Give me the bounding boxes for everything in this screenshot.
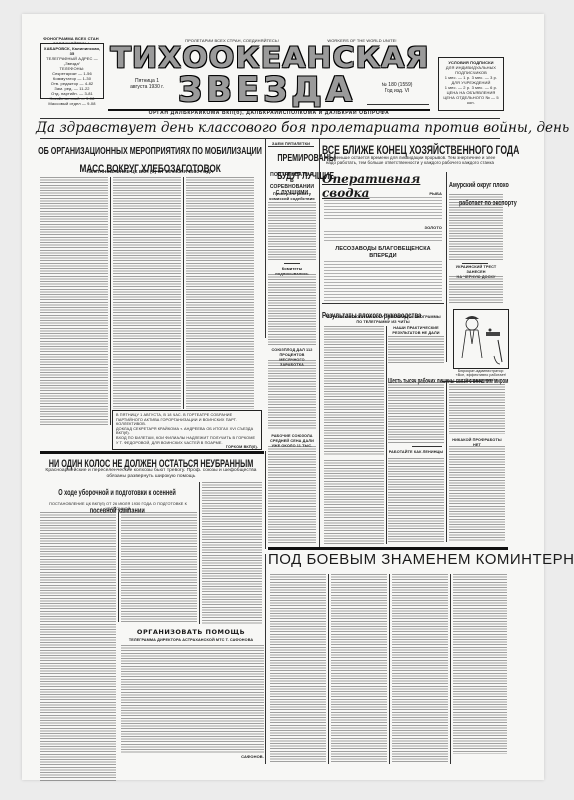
info-line: ТЕЛЕГРАФНЫЙ АДРЕС — „Звезда“ bbox=[41, 56, 103, 66]
economic-year-subhead: Все меньше остается времени для ликвидац… bbox=[322, 155, 498, 165]
cartoon-illustration bbox=[453, 309, 509, 369]
issue-date: Пятница 1 августа 1930 г. bbox=[122, 78, 172, 90]
subscription-info-box: УСЛОВИЯ ПОДПИСКИДЛЯ ИНДИВИДУАЛЬНЫХ ПОДПИ… bbox=[438, 57, 504, 111]
subscription-line: ДЛЯ ИНДИВИДУАЛЬНЫХ ПОДПИСЧИКОВ bbox=[439, 65, 503, 75]
party-notice-line-2: ДОКЛАД СЕКРЕТАРЯ КРАЙКОМА т. АНДРЕЕВА ОБ… bbox=[116, 427, 258, 436]
help-subhead: ТЕЛЕГРАММА ДИРЕКТОРА АСТРАХАНСКОЙ МТС Т.… bbox=[118, 638, 264, 643]
lumber-headline: ЛЕСОЗАВОДЫ БЛАГОВЕЩЕНСКА ВПЕРЕДИ bbox=[322, 246, 444, 260]
subscription-line: ЦЕНА ОТДЕЛЬНОГО № — 5 коп. bbox=[439, 95, 503, 105]
party-notice-line-1: В ПЯТНИЦУ 1 АВГУСТА, В 18 ЧАС. В ГОРТЕАТ… bbox=[116, 413, 258, 427]
cartoon-bureaucrat-icon bbox=[454, 310, 508, 368]
comintern-headline: ПОД БОЕВЫМ ЗНАМЕНЕМ КОМИНТЕРНА! bbox=[268, 551, 508, 569]
mobilization-column-2 bbox=[113, 177, 181, 409]
date-line-2: августа 1930 г. bbox=[122, 84, 172, 90]
party-notice-line-3: ВХОД ПО БИЛЕТАМ, КОИ ФИЛИАЛЫ НАДЛЕЖИТ ПО… bbox=[116, 436, 258, 445]
work-like-lenin-subhead: РАБОТАЙТЕ КАК ЛЕНИНЦЫ bbox=[388, 450, 444, 455]
practical-results-subhead: НАШИ ПРАКТИЧЕСКИЕ РЕЗУЛЬТАТОВ НЕ ДАЛИ bbox=[388, 326, 444, 336]
masthead-title-line-2: ЗВЕЗДА bbox=[177, 72, 357, 108]
info-line: ХАБАРОВСК, Калининская, 35 bbox=[41, 46, 103, 56]
newspaper-page: ФОНОГРАММА ВСЕХ СТАН СОЕДИНЯЙТЕСЬ! ХАБАР… bbox=[22, 14, 544, 780]
help-headline: ОРГАНИЗОВАТЬ ПОМОЩЬ bbox=[118, 628, 264, 636]
results-subhead: ЧЕРНОВСКИЕ КОПИ НЕ МОГУТ ВЫПОЛНИТЬ ПРОГР… bbox=[322, 315, 444, 325]
premiums-section-1: Проверить работу комиссий содействия bbox=[268, 191, 316, 201]
party-notice-signature: ГОРКОМ ВКП(б). bbox=[116, 445, 258, 450]
left-info-box: ХАБАРОВСК, Калининская, 35ТЕЛЕГРАФНЫЙ АД… bbox=[40, 43, 104, 99]
svodka-sub-fish: РЫБА bbox=[412, 191, 442, 196]
svodka-sub-gold: ЗОЛОТО bbox=[412, 225, 442, 230]
info-line: Массовый отдел — 9-08 bbox=[41, 101, 103, 106]
harvest-subhead: Красноармейские и переселенческие колхоз… bbox=[40, 468, 262, 480]
issue-number-block: № 180 (1559) Год изд. VI bbox=[367, 82, 427, 94]
mobilization-column-3 bbox=[186, 177, 254, 409]
harvest-section-subhead: ПОСТАНОВЛЕНИЕ ЦК ВКП(б) ОТ 26 ИЮЛЯ 1930 … bbox=[40, 502, 196, 512]
party-notice-box: В ПЯТНИЦУ 1 АВГУСТА, В 18 ЧАС. В ГОРТЕАТ… bbox=[112, 410, 262, 450]
help-signature: САФОНОВ. bbox=[222, 754, 264, 759]
mobilization-column-1 bbox=[40, 177, 108, 425]
banner-slogan: Да здравствует день классового боя проле… bbox=[36, 120, 506, 136]
organ-line: ОРГАН ДАЛЬКРАЙКОМА ВКП(б), ДАЛЬКРАЙИСПОЛ… bbox=[108, 111, 430, 116]
mobilization-subhead: ПОСТАНОВЛЕНИЕ ЦК ВКП (б) ОТ 26 ИЮЛЯ 1930… bbox=[36, 169, 264, 174]
publication-year: Год изд. VI bbox=[367, 88, 427, 94]
premiums-kicker: ЗАЕМ ПЯТИЛЕТКИ bbox=[268, 141, 314, 147]
